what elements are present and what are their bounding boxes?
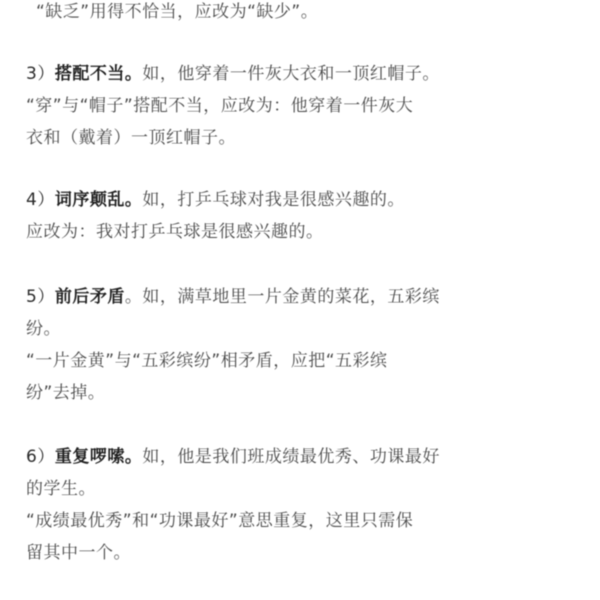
item-text: 如，他穿着一件灰大衣和一顶红帽子。 xyxy=(142,64,440,84)
item-3-line: “穿”与“帽子”搭配不当，应改为：他穿着一件灰大 xyxy=(26,96,413,116)
item-5-line: “一片金黄”与“五彩缤纷”相矛盾，应把“五彩缤 xyxy=(26,351,388,371)
document-page: “缺乏”用得不恰当，应改为“缺少”。 3）搭配不当。如，他穿着一件灰大衣和一顶红… xyxy=(0,0,600,600)
item-4-line: 应改为：我对打乒乓球是很感兴趣的。 xyxy=(26,222,324,242)
item-text: 。如，满草地里一片金黄的菜花，五彩缤 xyxy=(125,287,440,307)
item-number: 5） xyxy=(26,287,55,307)
item-5-heading: 5）前后矛盾。如，满草地里一片金黄的菜花，五彩缤 xyxy=(26,287,440,307)
item-number: 4） xyxy=(26,190,55,210)
lead-line: “缺乏”用得不恰当，应改为“缺少”。 xyxy=(36,2,318,22)
item-3-heading: 3）搭配不当。如，他穿着一件灰大衣和一顶红帽子。 xyxy=(26,64,440,84)
item-number: 3） xyxy=(26,64,55,84)
item-3-line: 衣和（戴着）一顶红帽子。 xyxy=(26,128,236,148)
item-title: 重复啰嗦。 xyxy=(55,447,143,467)
item-title: 前后矛盾 xyxy=(55,287,125,307)
item-title: 词序颠乱。 xyxy=(55,190,143,210)
item-title: 搭配不当。 xyxy=(55,64,143,84)
item-6-line: “成绩最优秀”和“功课最好”意思重复，这里只需保 xyxy=(26,511,413,531)
item-4-heading: 4）词序颠乱。如，打乒乓球对我是很感兴趣的。 xyxy=(26,190,405,210)
item-5-line: 纷”去掉。 xyxy=(26,383,105,403)
item-6-line: 留其中一个。 xyxy=(26,543,131,563)
item-text: 如，打乒乓球对我是很感兴趣的。 xyxy=(142,190,405,210)
item-5-line: 纷。 xyxy=(26,319,61,339)
item-6-line: 的学生。 xyxy=(26,479,96,499)
item-text: 如，他是我们班成绩最优秀、功课最好 xyxy=(142,447,440,467)
item-number: 6） xyxy=(26,447,55,467)
item-6-heading: 6）重复啰嗦。如，他是我们班成绩最优秀、功课最好 xyxy=(26,447,440,467)
